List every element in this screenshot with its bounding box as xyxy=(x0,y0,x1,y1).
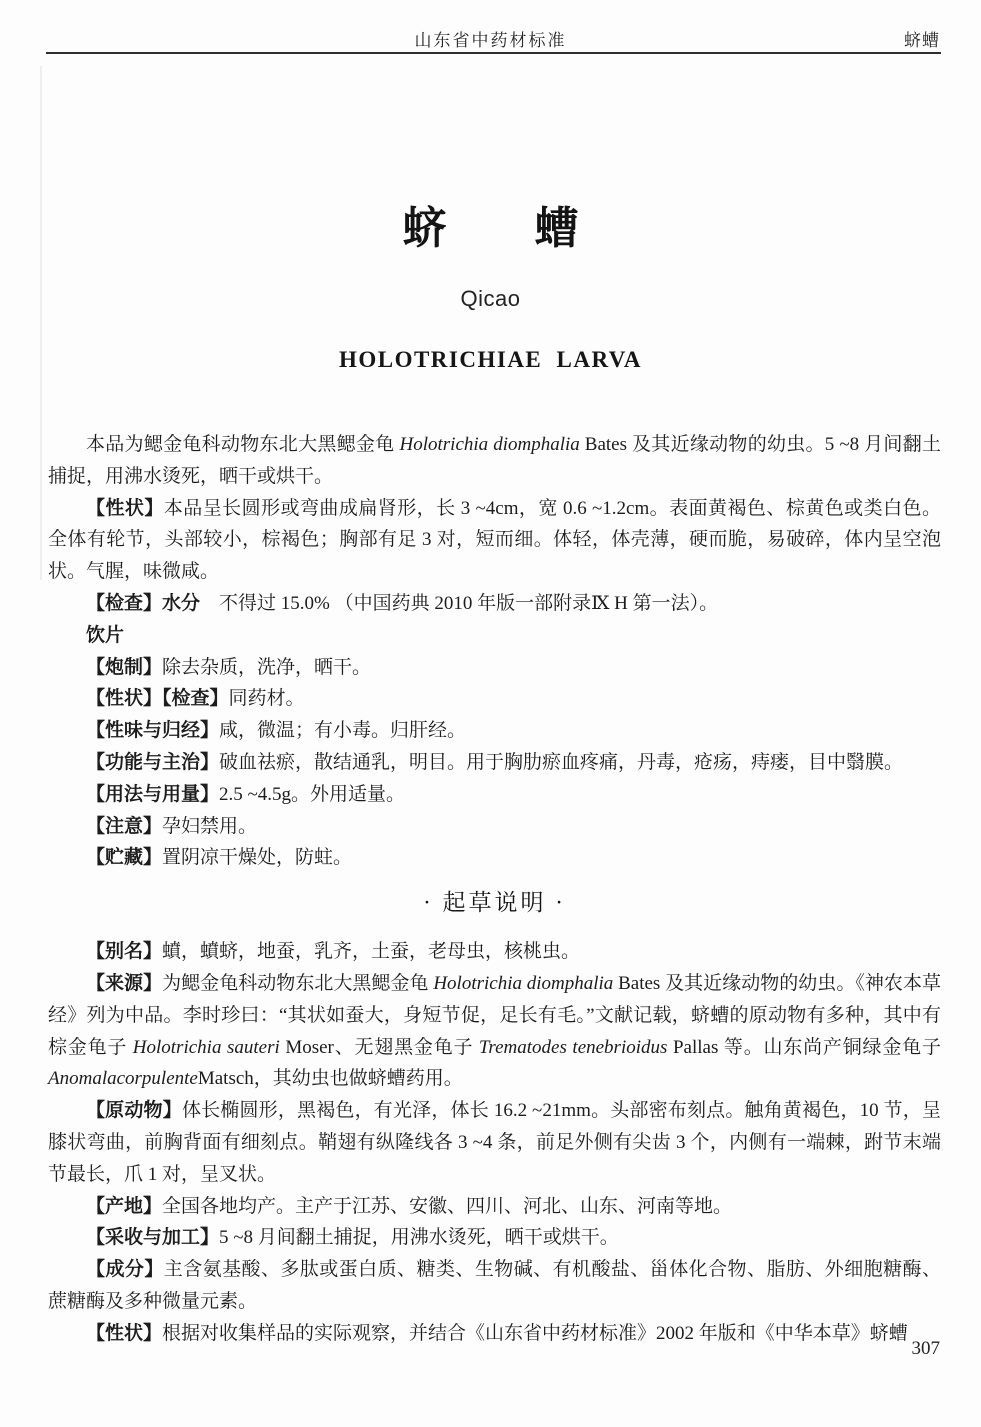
document-body: 本品为鳃金龟科动物东北大黑鳃金龟 Holotrichia diomphalia … xyxy=(48,429,941,1350)
paragraph: 【检查】水分 不得过 15.0% （中国药典 2010 年版一部附录Ⅸ H 第一… xyxy=(48,588,941,620)
monograph-title-pinyin: Qicao xyxy=(0,286,981,312)
field-label: 【性味与归经】 xyxy=(86,720,219,741)
text-run: Matsch，其幼虫也做蛴螬药用。 xyxy=(198,1068,463,1089)
text-run: · 起草说明 · xyxy=(423,890,566,915)
text-run: 为鳃金龟科动物东北大黑鳃金龟 xyxy=(162,973,433,994)
paragraph: 【成分】主含氨基酸、多肽或蛋白质、糖类、生物碱、有机酸盐、甾体化合物、脂肪、外细… xyxy=(48,1254,941,1318)
text-run: 本品呈长圆形或弯曲成扁肾形，长 3 ~4cm，宽 0.6 ~1.2cm。表面黄褐… xyxy=(48,498,941,583)
paragraph: 【贮藏】置阴凉干燥处，防蛀。 xyxy=(48,842,941,874)
field-label: 【贮藏】 xyxy=(86,847,162,868)
text-run: 不得过 15.0% （中国药典 2010 年版一部附录Ⅸ H 第一法）。 xyxy=(200,593,718,614)
paragraph: 本品为鳃金龟科动物东北大黑鳃金龟 Holotrichia diomphalia … xyxy=(48,429,941,493)
section-heading: · 起草说明 · xyxy=(48,874,941,936)
text-run: 全国各地均产。主产于江苏、安徽、四川、河北、山东、河南等地。 xyxy=(162,1196,732,1217)
paragraph: 饮片 xyxy=(48,620,941,652)
page-number: 307 xyxy=(912,1338,941,1360)
paragraph: 【功能与主治】破血祛瘀，散结通乳，明目。用于胸肋瘀血疼痛，丹毒，疮疡，痔瘘，目中… xyxy=(48,747,941,779)
field-label: 【原动物】 xyxy=(86,1100,182,1121)
running-header-title: 山东省中药材标准 xyxy=(0,26,981,51)
field-label: 【性状】 xyxy=(86,1323,162,1344)
paragraph: 【性味与归经】咸，微温；有小毒。归肝经。 xyxy=(48,715,941,747)
field-label: 【采收与加工】 xyxy=(86,1227,219,1248)
text-run: Moser、无翅黑金龟子 xyxy=(280,1037,479,1058)
field-label: 【性状】 xyxy=(86,498,164,519)
header-rule xyxy=(46,52,941,54)
field-label: 【别名】 xyxy=(86,941,162,962)
field-label: 【成分】 xyxy=(86,1259,164,1280)
text-run: 5 ~8 月间翻土捕捉，用沸水烫死，晒干或烘干。 xyxy=(219,1227,619,1248)
text-run: 同药材。 xyxy=(229,688,305,709)
document-page: 山东省中药材标准 蛴螬 蛴螬 Qicao HOLOTRICHIAE LARVA … xyxy=(0,0,981,1427)
paragraph: 【炮制】除去杂质，洗净，晒干。 xyxy=(48,652,941,684)
latin-name: Holotrichia diomphalia xyxy=(400,434,580,455)
paragraph: 【性状】【检查】同药材。 xyxy=(48,683,941,715)
latin-name: Anomalacorpulente xyxy=(48,1068,198,1089)
field-label: 【检查】水分 xyxy=(86,593,200,614)
monograph-title-cn: 蛴螬 xyxy=(0,192,981,256)
paragraph: 【性状】本品呈长圆形或弯曲成扁肾形，长 3 ~4cm，宽 0.6 ~1.2cm。… xyxy=(48,493,941,588)
text-run: Pallas 等。山东尚产铜绿金龟子 xyxy=(667,1037,941,1058)
text-run: 蟦，蟦蛴，地蚕，乳齐，土蚕，老母虫，核桃虫。 xyxy=(162,941,580,962)
paragraph: 【性状】根据对收集样品的实际观察，并结合《山东省中药材标准》2002 年版和《中… xyxy=(48,1318,941,1350)
paragraph: 【来源】为鳃金龟科动物东北大黑鳃金龟 Holotrichia diomphali… xyxy=(48,968,941,1095)
monograph-title-latin: HOLOTRICHIAE LARVA xyxy=(0,347,981,373)
text-run: 体长椭圆形，黑褐色，有光泽，体长 16.2 ~21mm。头部密布刻点。触角黄褐色… xyxy=(48,1100,941,1185)
text-run: 根据对收集样品的实际观察，并结合《山东省中药材标准》2002 年版和《中华本草》… xyxy=(162,1323,908,1344)
scan-edge-artifact xyxy=(40,66,42,580)
latin-name: Trematodes tenebrioidus xyxy=(479,1037,668,1058)
paragraph: 【原动物】体长椭圆形，黑褐色，有光泽，体长 16.2 ~21mm。头部密布刻点。… xyxy=(48,1095,941,1190)
text-run: 破血祛瘀，散结通乳，明目。用于胸肋瘀血疼痛，丹毒，疮疡，痔瘘，目中翳膜。 xyxy=(219,752,903,773)
field-label: 【来源】 xyxy=(86,973,162,994)
paragraph: 【用法与用量】2.5 ~4.5g。外用适量。 xyxy=(48,779,941,811)
paragraph: 【别名】蟦，蟦蛴，地蚕，乳齐，土蚕，老母虫，核桃虫。 xyxy=(48,936,941,968)
text-run: 孕妇禁用。 xyxy=(162,816,257,837)
paragraph: 【采收与加工】5 ~8 月间翻土捕捉，用沸水烫死，晒干或烘干。 xyxy=(48,1222,941,1254)
field-label: 【功能与主治】 xyxy=(86,752,219,773)
text-run: 除去杂质，洗净，晒干。 xyxy=(162,657,371,678)
running-header-entry: 蛴螬 xyxy=(904,26,940,51)
field-label: 【炮制】 xyxy=(86,657,162,678)
text-run: 置阴凉干燥处，防蛀。 xyxy=(162,847,352,868)
text-run: 本品为鳃金龟科动物东北大黑鳃金龟 xyxy=(86,434,400,455)
paragraph: 【产地】全国各地均产。主产于江苏、安徽、四川、河北、山东、河南等地。 xyxy=(48,1191,941,1223)
paragraph: 【注意】孕妇禁用。 xyxy=(48,811,941,843)
field-label: 【产地】 xyxy=(86,1196,162,1217)
text-run: 咸，微温；有小毒。归肝经。 xyxy=(219,720,466,741)
field-label: 【用法与用量】 xyxy=(86,784,219,805)
latin-name: Holotrichia sauteri xyxy=(133,1037,280,1058)
text-run: 2.5 ~4.5g。外用适量。 xyxy=(219,784,405,805)
text-run: 主含氨基酸、多肽或蛋白质、糖类、生物碱、有机酸盐、甾体化合物、脂肪、外细胞糖酶、… xyxy=(48,1259,941,1312)
field-label: 饮片 xyxy=(86,625,124,646)
field-label: 【性状】【检查】 xyxy=(86,688,229,709)
latin-name: Holotrichia diomphalia xyxy=(433,973,613,994)
field-label: 【注意】 xyxy=(86,816,162,837)
